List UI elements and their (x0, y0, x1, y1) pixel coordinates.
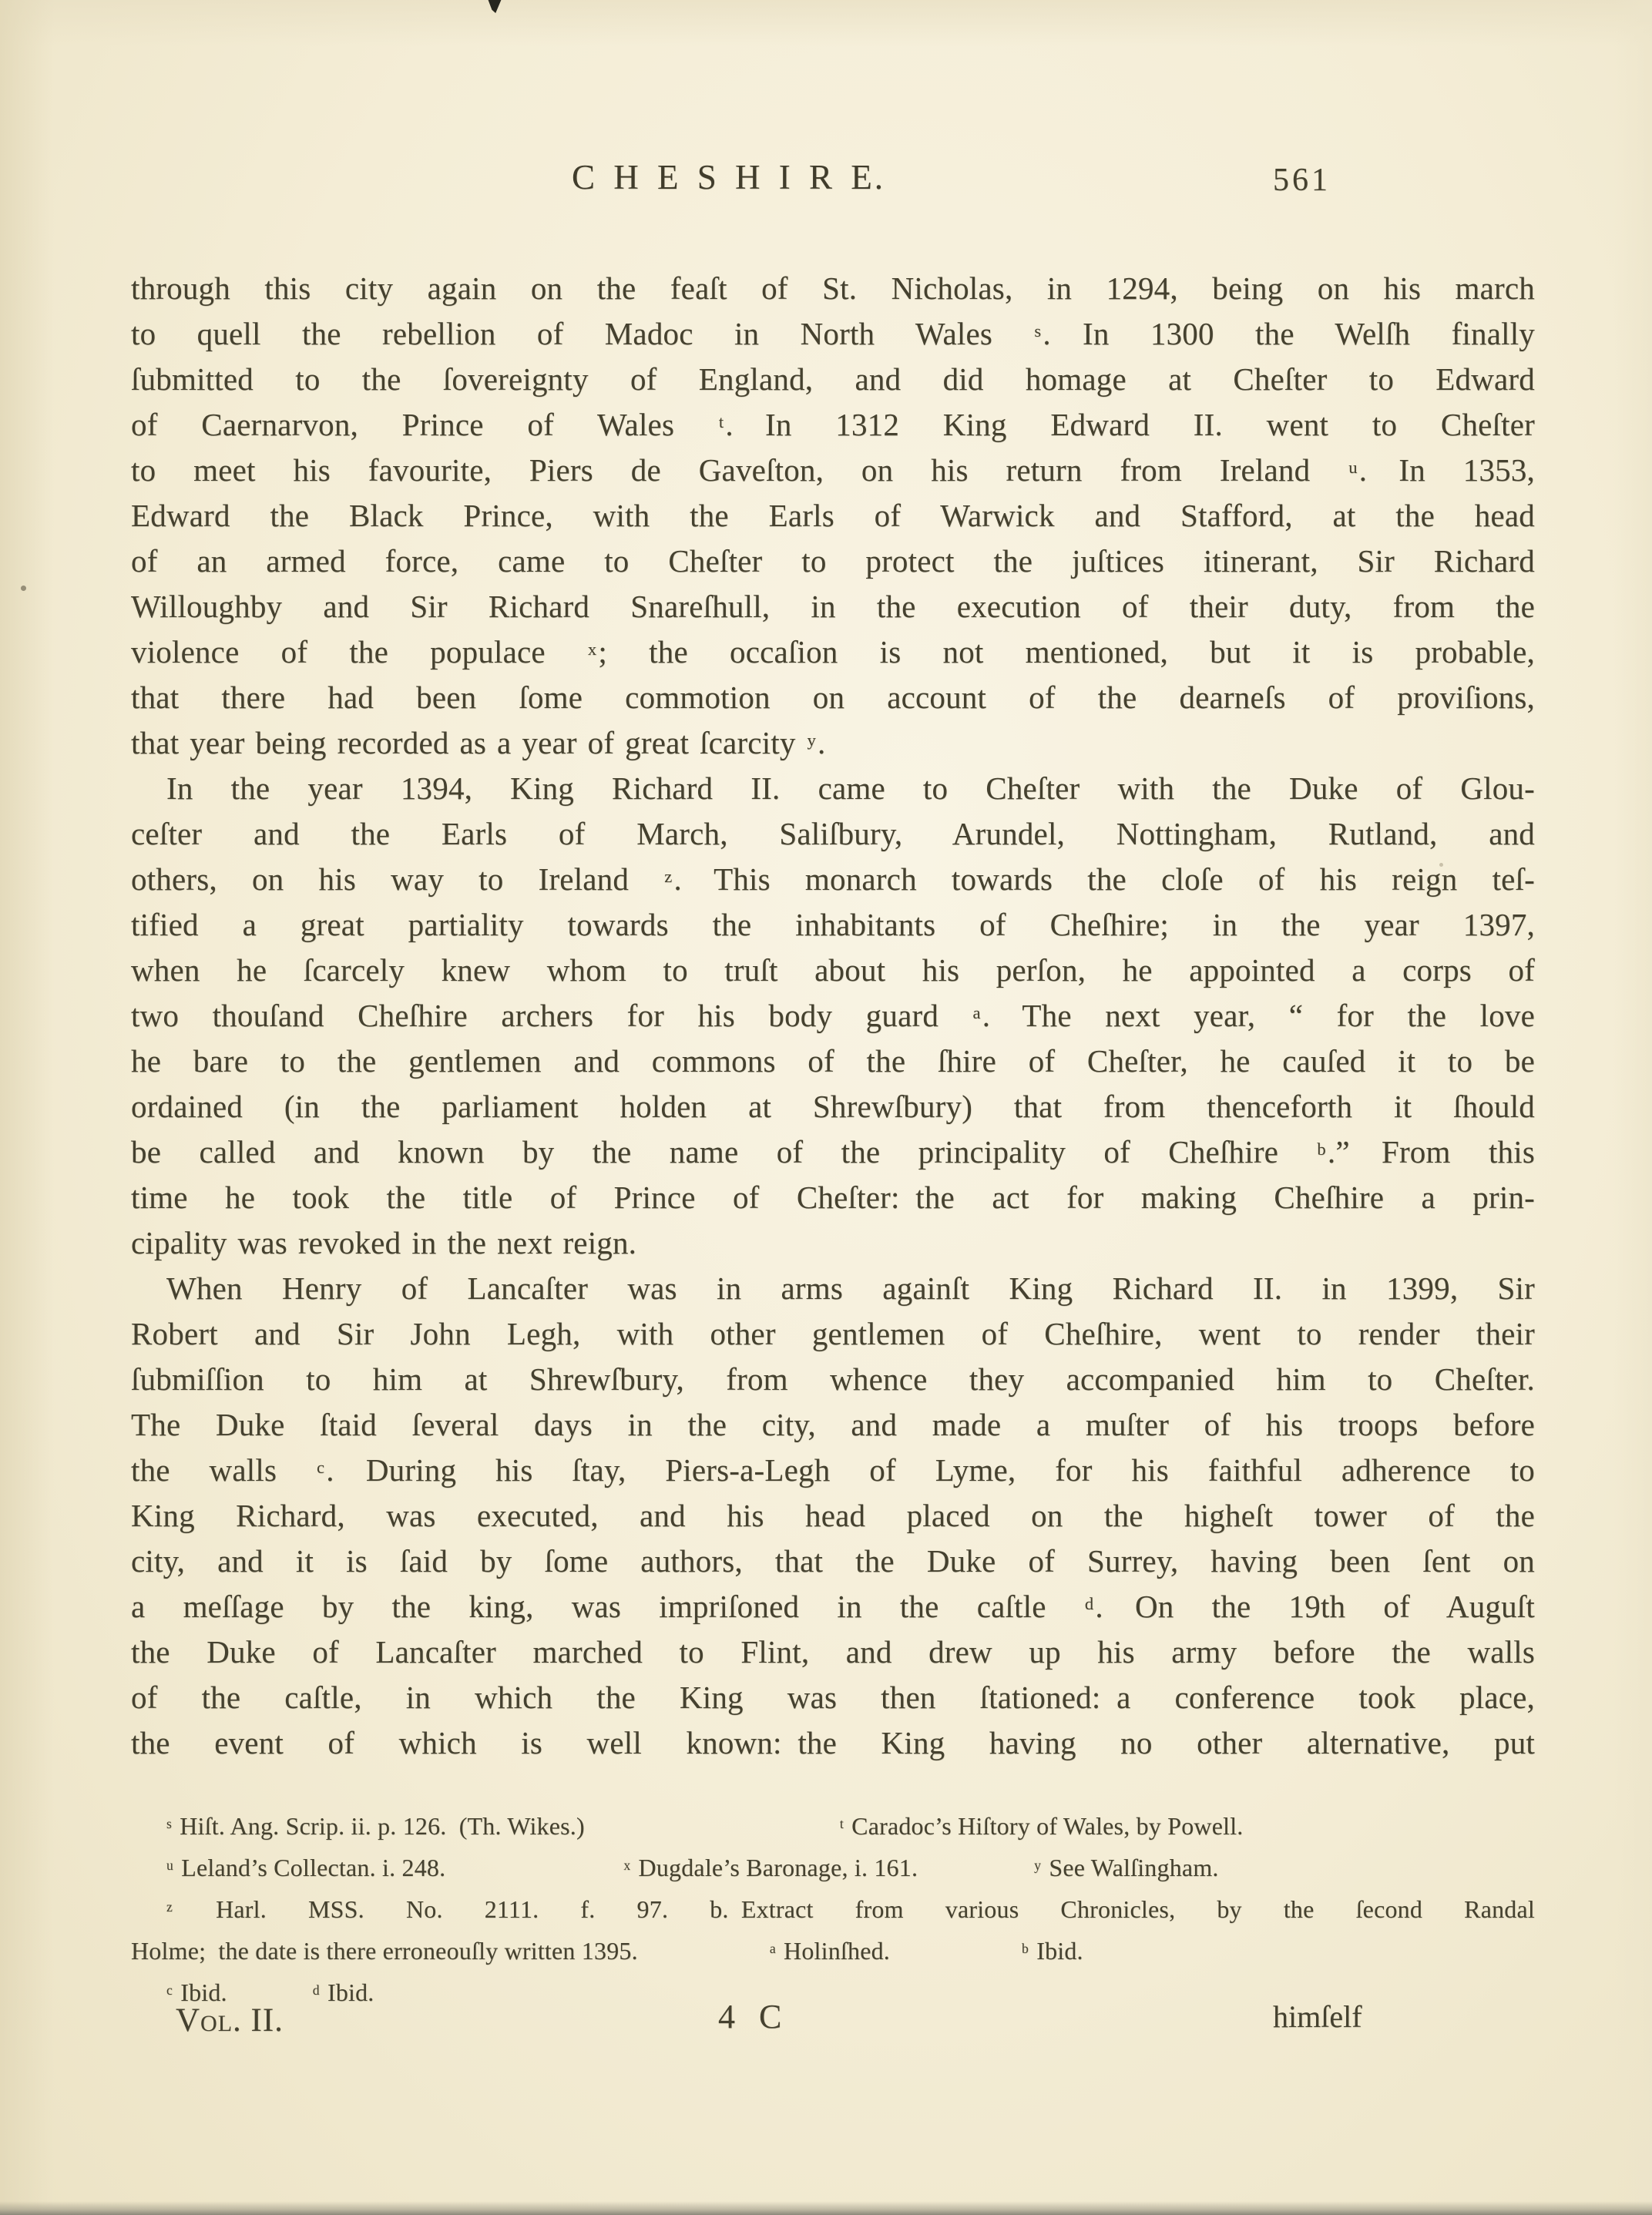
text-line: when he ſcarcely knew whom to truſt abou… (131, 948, 1535, 993)
text-line: a meſſage by the king, was impriſoned in… (131, 1584, 1535, 1629)
text-line: Willoughby and Sir Richard Snareſhull, i… (131, 584, 1535, 629)
footnote-line: Holme; the date is there erroneouſly wri… (131, 1930, 1535, 1972)
text-line: ſubmiſſion to him at Shrewſbury, from wh… (131, 1357, 1535, 1402)
text-line: of Caernarvon, Prince of Wales t. In 131… (131, 402, 1535, 448)
volume-label: Vol. II. (176, 2002, 284, 2039)
page-bottom-row: Vol. II. 4 C himſelf (131, 1997, 1535, 2059)
body-text-block: through this city again on the feaſt of … (131, 266, 1535, 1766)
footnote-line: s Hiſt. Ang. Scrip. ii. p. 126. (Th. Wik… (131, 1805, 1535, 1847)
text-line: ſubmitted to the ſovereignty of England,… (131, 357, 1535, 402)
text-line: When Henry of Lancaſter was in arms agai… (131, 1266, 1535, 1311)
text-line: that year being recorded as a year of gr… (131, 720, 1535, 766)
footnote-line: u Leland’s Collectan. i. 248. x Dugdale’… (131, 1847, 1535, 1888)
scan-bottom-edge (0, 2201, 1652, 2215)
text-line: King Richard, was executed, and his head… (131, 1493, 1535, 1539)
text-line: be called and known by the name of the p… (131, 1129, 1535, 1175)
text-line: the Duke of Lancaſter marched to Flint, … (131, 1629, 1535, 1675)
text-line: the event of which is well known: the Ki… (131, 1720, 1535, 1766)
text-line: to quell the rebellion of Madoc in North… (131, 311, 1535, 357)
ink-blot-artifact (485, 0, 504, 13)
text-line: The Duke ſtaid ſeveral days in the city,… (131, 1402, 1535, 1448)
text-line: through this city again on the feaſt of … (131, 266, 1535, 311)
text-line: cipality was revoked in the next reign. (131, 1220, 1535, 1266)
text-line: In the year 1394, King Richard II. came … (131, 766, 1535, 811)
footnote-segment: u Leland’s Collectan. i. 248. (166, 1847, 445, 1888)
text-line: time he took the title of Prince of Cheſ… (131, 1175, 1535, 1220)
text-line: others, on his way to Ireland z. This mo… (131, 857, 1535, 902)
footnote-segment: b Ibid. (1021, 1930, 1083, 1972)
footnote-segment: y See Walſingham. (1033, 1847, 1218, 1888)
footnotes-block: s Hiſt. Ang. Scrip. ii. p. 126. (Th. Wik… (131, 1805, 1535, 2013)
footnote-segment: Holme; the date is there erroneouſly wri… (131, 1930, 638, 1972)
paper-speck (21, 586, 26, 591)
text-line: the walls c. During his ſtay, Piers-a-Le… (131, 1448, 1535, 1493)
text-line: he bare to the gentlemen and commons of … (131, 1039, 1535, 1084)
signature-mark: 4 C (718, 1997, 789, 2036)
text-line: two thouſand Cheſhire archers for his bo… (131, 993, 1535, 1039)
text-line: Robert and Sir John Legh, with other gen… (131, 1311, 1535, 1357)
text-line: of an armed force, came to Cheſter to pr… (131, 539, 1535, 584)
text-line: ceſter and the Earls of March, Saliſbury… (131, 811, 1535, 857)
footnote-segment: t Caradoc’s Hiſtory of Wales, by Powell. (839, 1805, 1244, 1847)
text-line: of the caſtle, in which the King was the… (131, 1675, 1535, 1720)
text-line: violence of the populace x; the occaſion… (131, 629, 1535, 675)
book-page-scan: C H E S H I R E. 561 through this city a… (0, 0, 1652, 2215)
text-line: to meet his favourite, Piers de Gaveſton… (131, 448, 1535, 493)
footnote-segment: x Dugdale’s Baronage, i. 161. (623, 1847, 918, 1888)
footnote-line: z Harl. MSS. No. 2111. f. 97. b. Extract… (131, 1888, 1535, 1930)
text-line: tified a great partiality towards the in… (131, 902, 1535, 948)
catchword: himſelf (1273, 1999, 1362, 2035)
text-line: city, and it is ſaid by ſome authors, th… (131, 1539, 1535, 1584)
text-line: that there had been ſome commotion on ac… (131, 675, 1535, 720)
footnote-segment: z Harl. MSS. No. 2111. f. 97. b. Extract… (166, 1888, 1535, 1930)
text-line: Edward the Black Prince, with the Earls … (131, 493, 1535, 539)
page-header-title: C H E S H I R E. (572, 157, 885, 197)
footnote-segment: s Hiſt. Ang. Scrip. ii. p. 126. (Th. Wik… (166, 1805, 585, 1847)
page-number: 561 (1273, 162, 1331, 199)
footnote-segment: a Holinſhed. (769, 1930, 890, 1972)
text-line: ordained (in the parliament holden at Sh… (131, 1084, 1535, 1129)
